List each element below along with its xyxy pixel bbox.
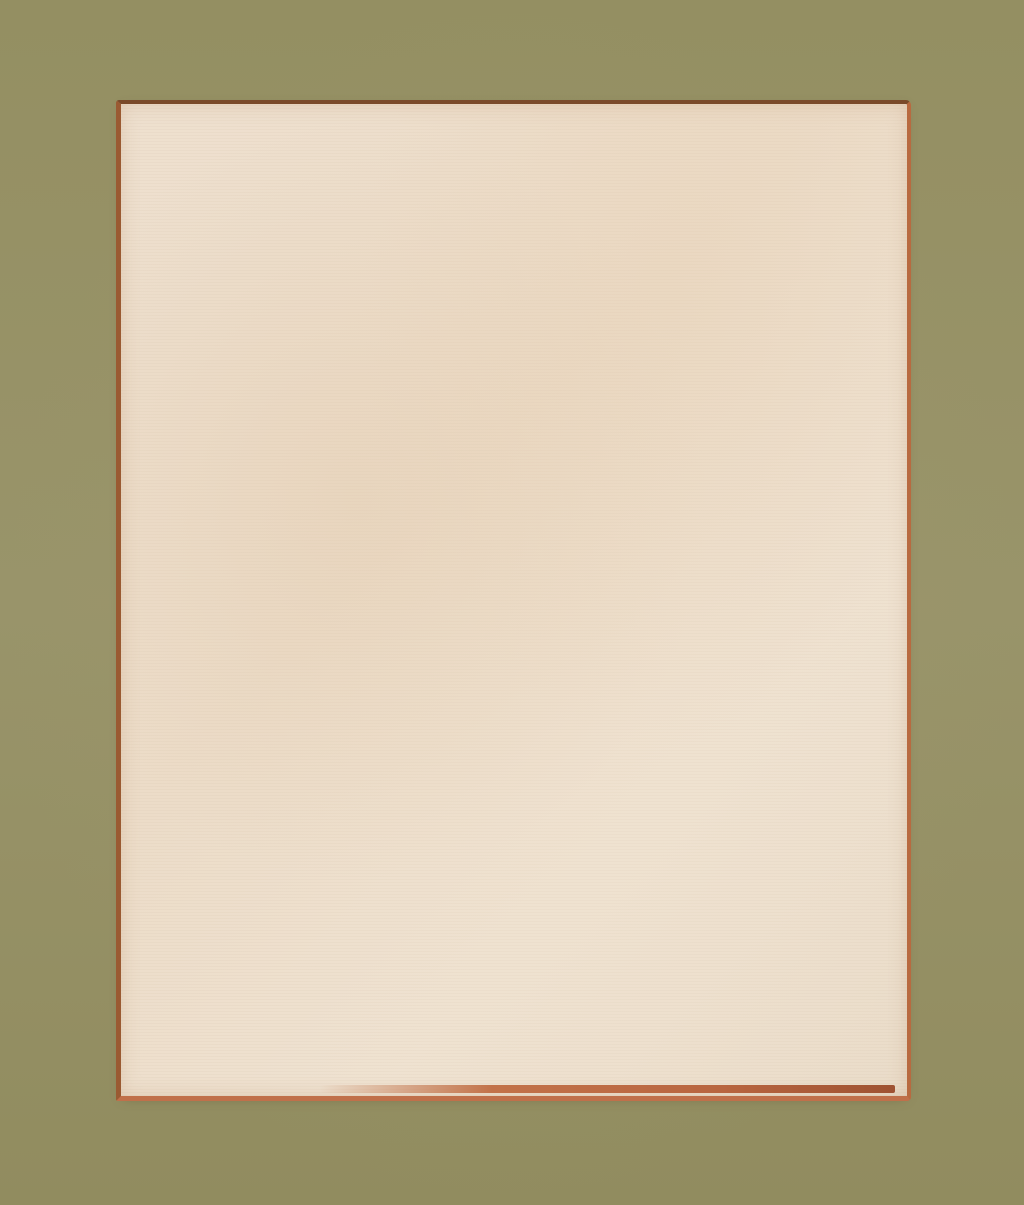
paper-deckle-edge [320,1085,895,1093]
handmade-paper-sheet [116,100,911,1101]
